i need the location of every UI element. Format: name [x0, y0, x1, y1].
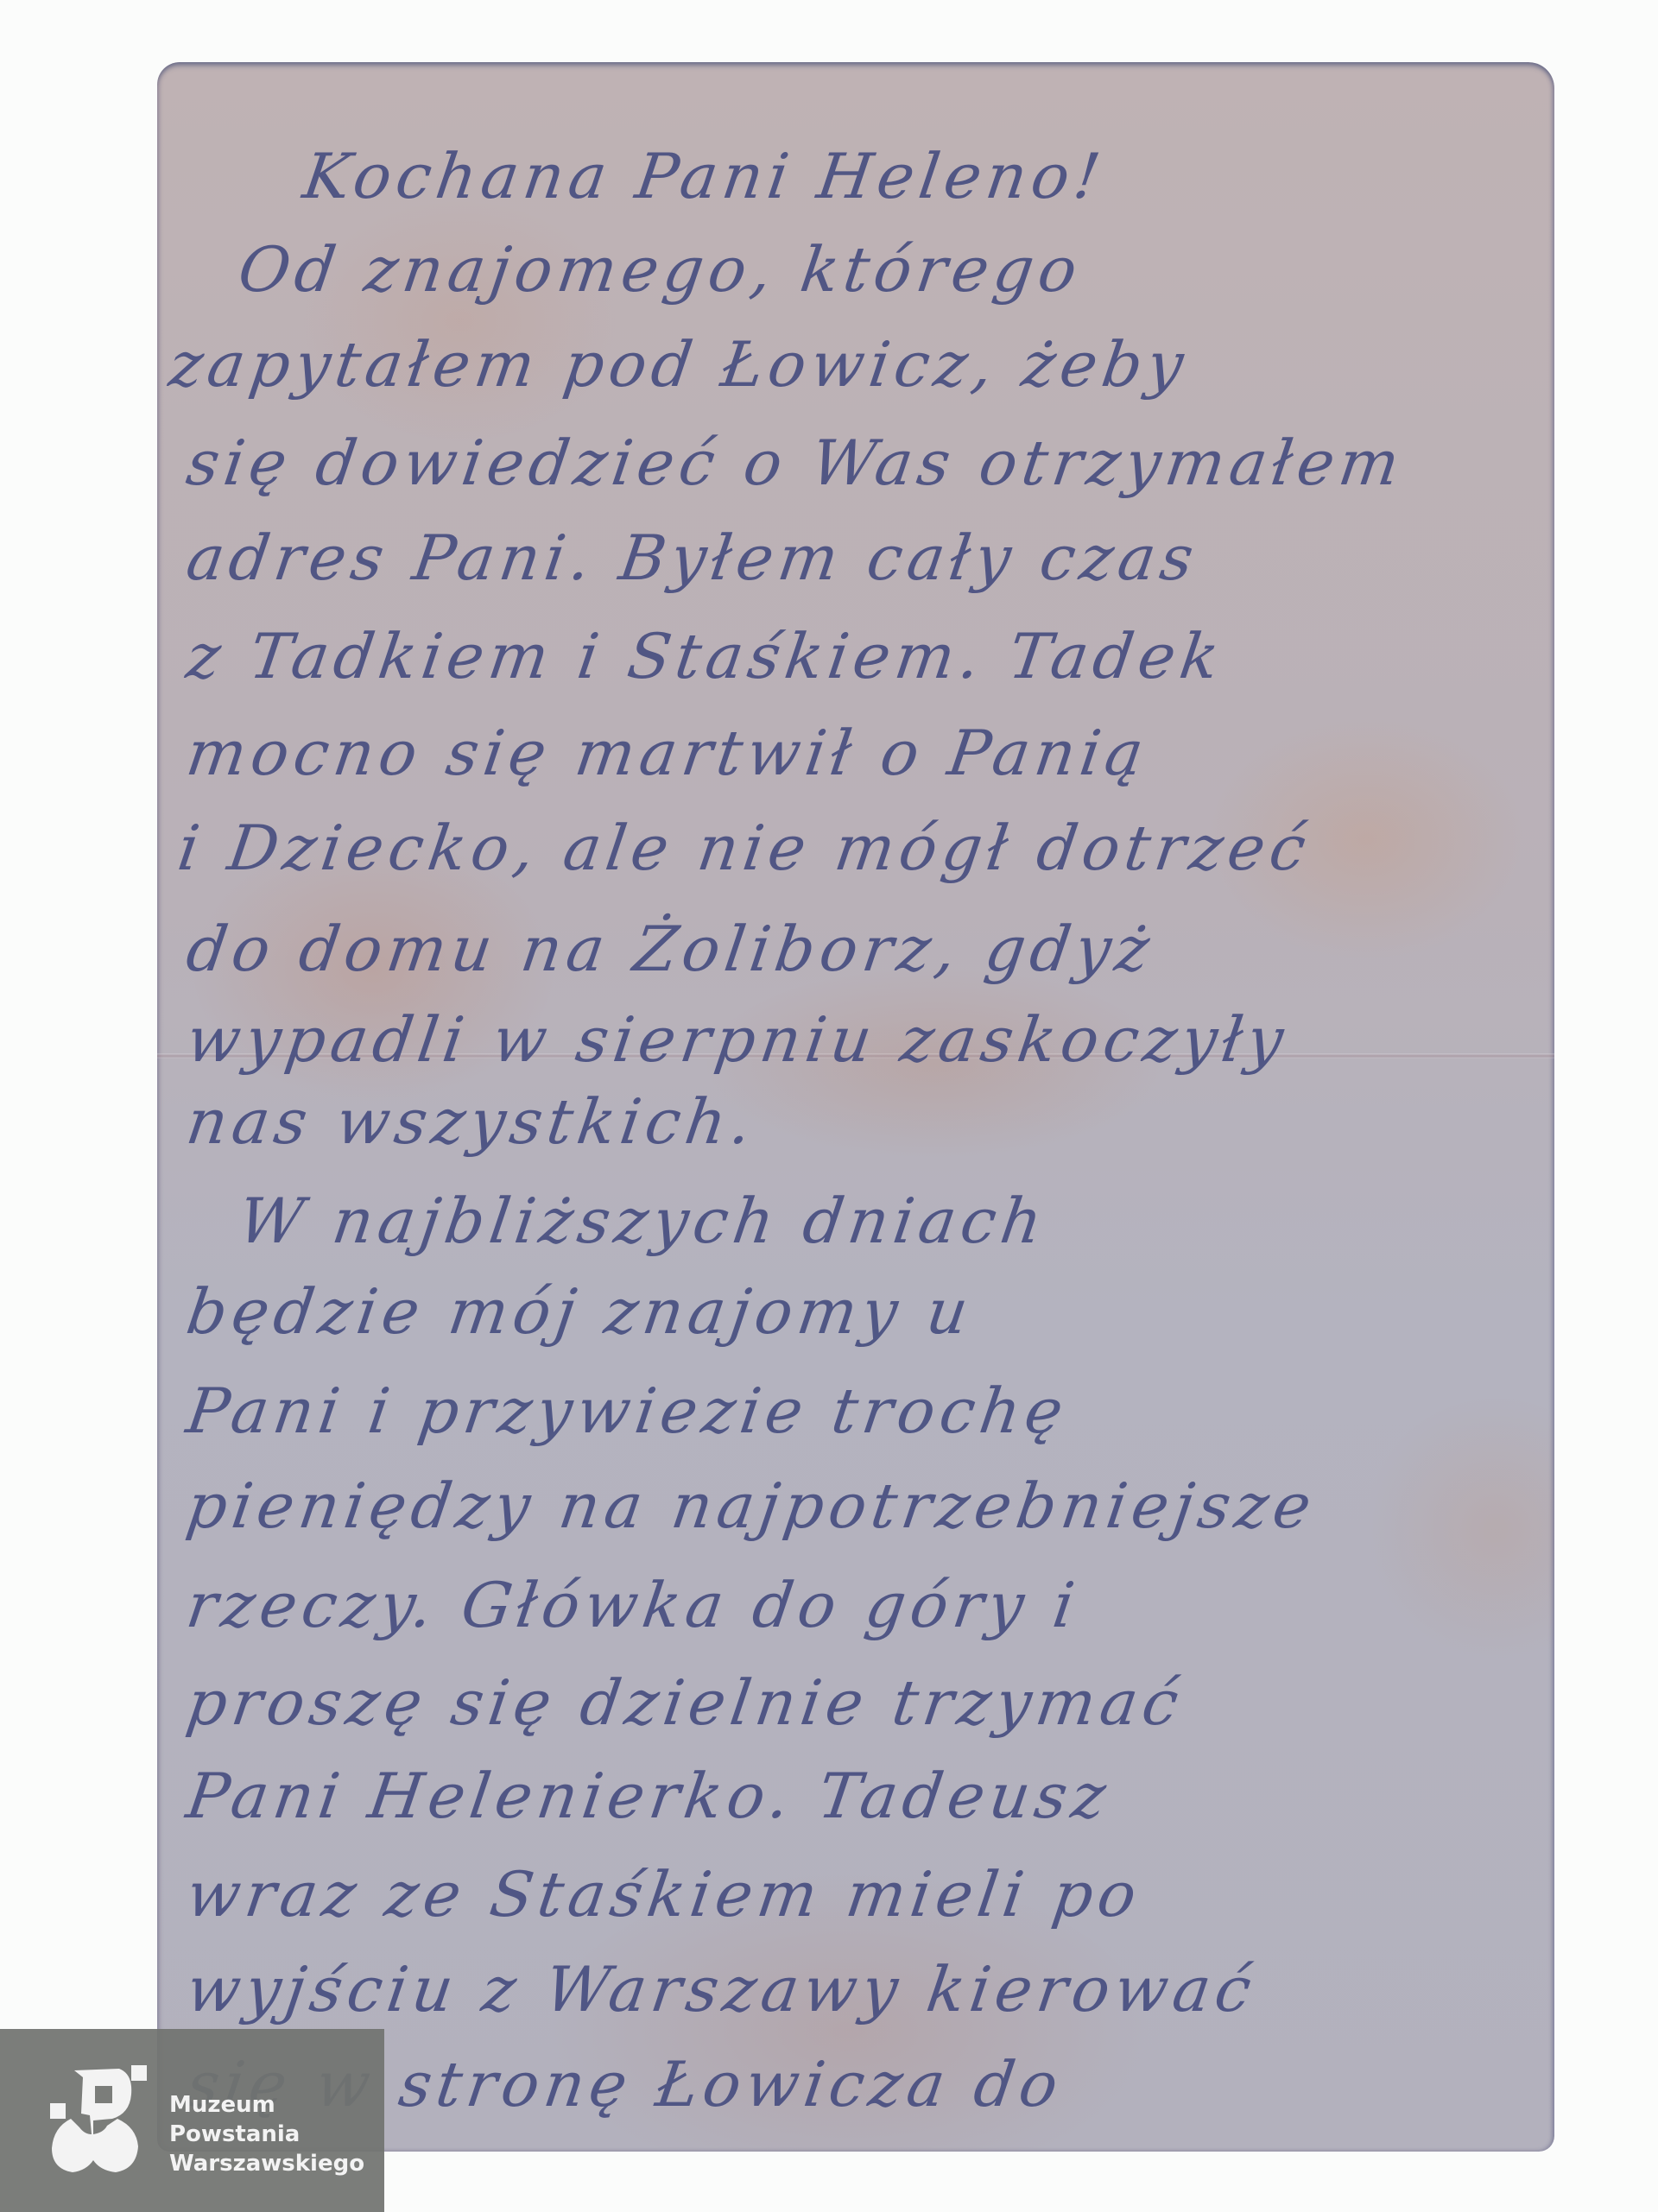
letter-line: do domu na Żoliborz, gdyż — [182, 913, 1159, 985]
kotwica-pw-anchor-icon — [50, 2065, 147, 2174]
letter-line: będzie mój znajomy u — [182, 1275, 978, 1348]
letter-line: i Dziecko, ale nie mógł dotrzeć — [174, 812, 1315, 884]
letter-line: z Tadkiem i Staśkiem. Tadek — [182, 620, 1229, 692]
museum-name-line3: Warszawskiego — [169, 2149, 364, 2178]
letter-line: Pani Helenierko. Tadeusz — [182, 1760, 1115, 1832]
letter-line: mocno się martwił o Panią — [182, 717, 1153, 789]
letter-line: pieniędzy na najpotrzebniejsze — [182, 1469, 1320, 1542]
museum-name: Muzeum Powstania Warszawskiego — [169, 2090, 364, 2178]
museum-watermark: Muzeum Powstania Warszawskiego — [0, 2029, 384, 2212]
letter-paper: Kochana Pani Heleno!Od znajomego, któreg… — [157, 62, 1554, 2152]
museum-name-line1: Muzeum — [169, 2090, 364, 2120]
letter-line: Od znajomego, którego — [234, 233, 1086, 306]
letter-line: proszę się dzielnie trzymać — [182, 1666, 1188, 1739]
letter-line: Kochana Pani Heleno! — [299, 140, 1110, 212]
letter-line: adres Pani. Byłem cały czas — [182, 521, 1203, 594]
letter-line: nas wszystkich. — [182, 1085, 761, 1158]
museum-name-line2: Powstania — [169, 2120, 364, 2149]
handwritten-text: Kochana Pani Heleno!Od znajomego, któreg… — [157, 62, 1554, 2152]
letter-line: wypadli w sierpniu zaskoczyły — [182, 1003, 1293, 1076]
letter-line: zapytałem pod Łowicz, żeby — [165, 328, 1193, 401]
letter-line: rzeczy. Główka do góry i — [182, 1569, 1084, 1641]
letter-line: W najbliższych dniach — [234, 1185, 1052, 1257]
letter-line: wraz ze Staśkiem mieli po — [182, 1858, 1146, 1931]
letter-line: się dowiedzieć o Was otrzymałem — [182, 427, 1408, 499]
letter-line: Pani i przywiezie trochę — [182, 1375, 1073, 1447]
letter-line: wyjściu z Warszawy kierować — [182, 1953, 1261, 2026]
